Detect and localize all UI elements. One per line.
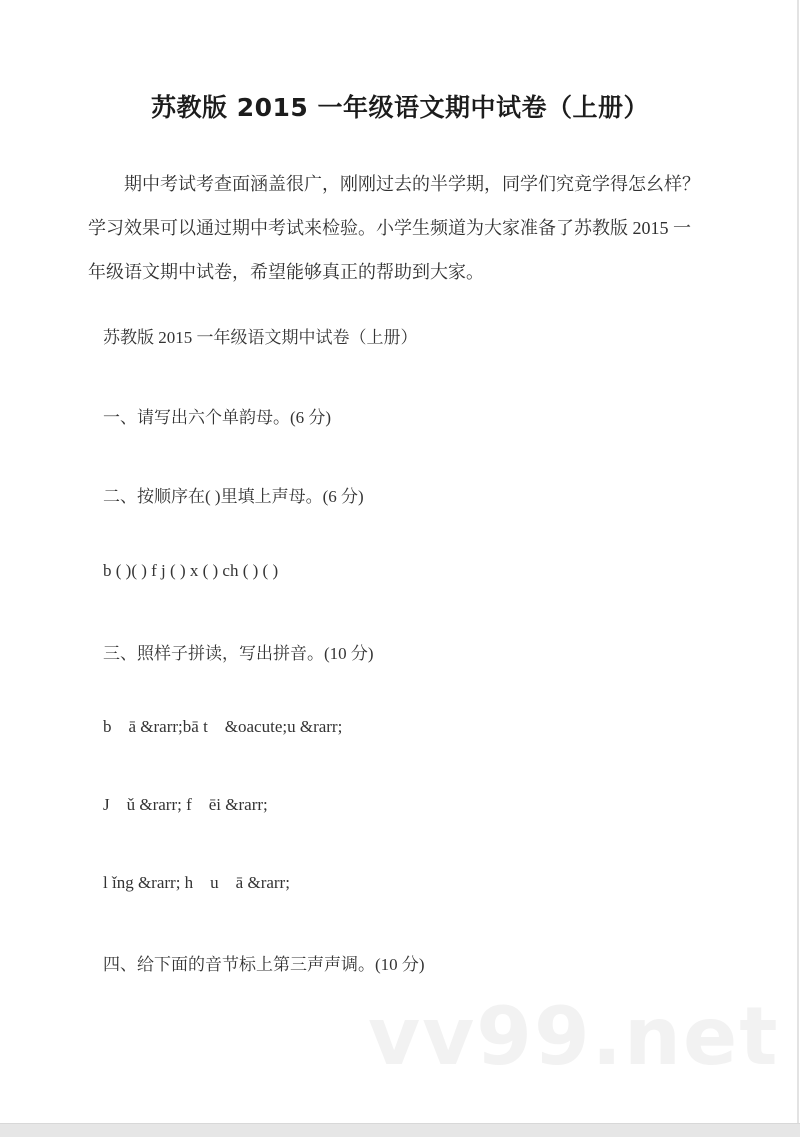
pinyin-example-1: b ā &rarr;bā t &oacute;u &rarr; [103, 717, 342, 737]
page-bottom-strip [0, 1123, 800, 1137]
question-1: 一、请写出六个单韵母。(6 分) [103, 403, 331, 428]
intro-paragraph: 期中考试考查面涵盖很广，刚刚过去的半学期，同学们究竟学得怎幺样？学习效果可以通过… [88, 162, 708, 294]
question-4: 四、给下面的音节标上第三声声调。(10 分) [103, 950, 425, 975]
question-2: 二、按顺序在( )里填上声母。(6 分) [103, 482, 364, 507]
watermark: vv99.net [368, 990, 779, 1083]
pinyin-example-2: J ǔ &rarr; f ēi &rarr; [103, 795, 268, 815]
question-3: 三、照样子拼读，写出拼音。(10 分) [103, 639, 374, 664]
exam-subtitle: 苏教版 2015 一年级语文期中试卷（上册） [103, 323, 418, 348]
document-title: 苏教版 2015 一年级语文期中试卷（上册） [0, 88, 800, 124]
question-2-blanks: b ( )( ) f j ( ) x ( ) ch ( ) ( ) [103, 561, 278, 581]
document-page: 苏教版 2015 一年级语文期中试卷（上册） 期中考试考查面涵盖很广，刚刚过去的… [0, 0, 799, 1123]
pinyin-example-3: l ǐng &rarr; h u ā &rarr; [103, 873, 290, 893]
